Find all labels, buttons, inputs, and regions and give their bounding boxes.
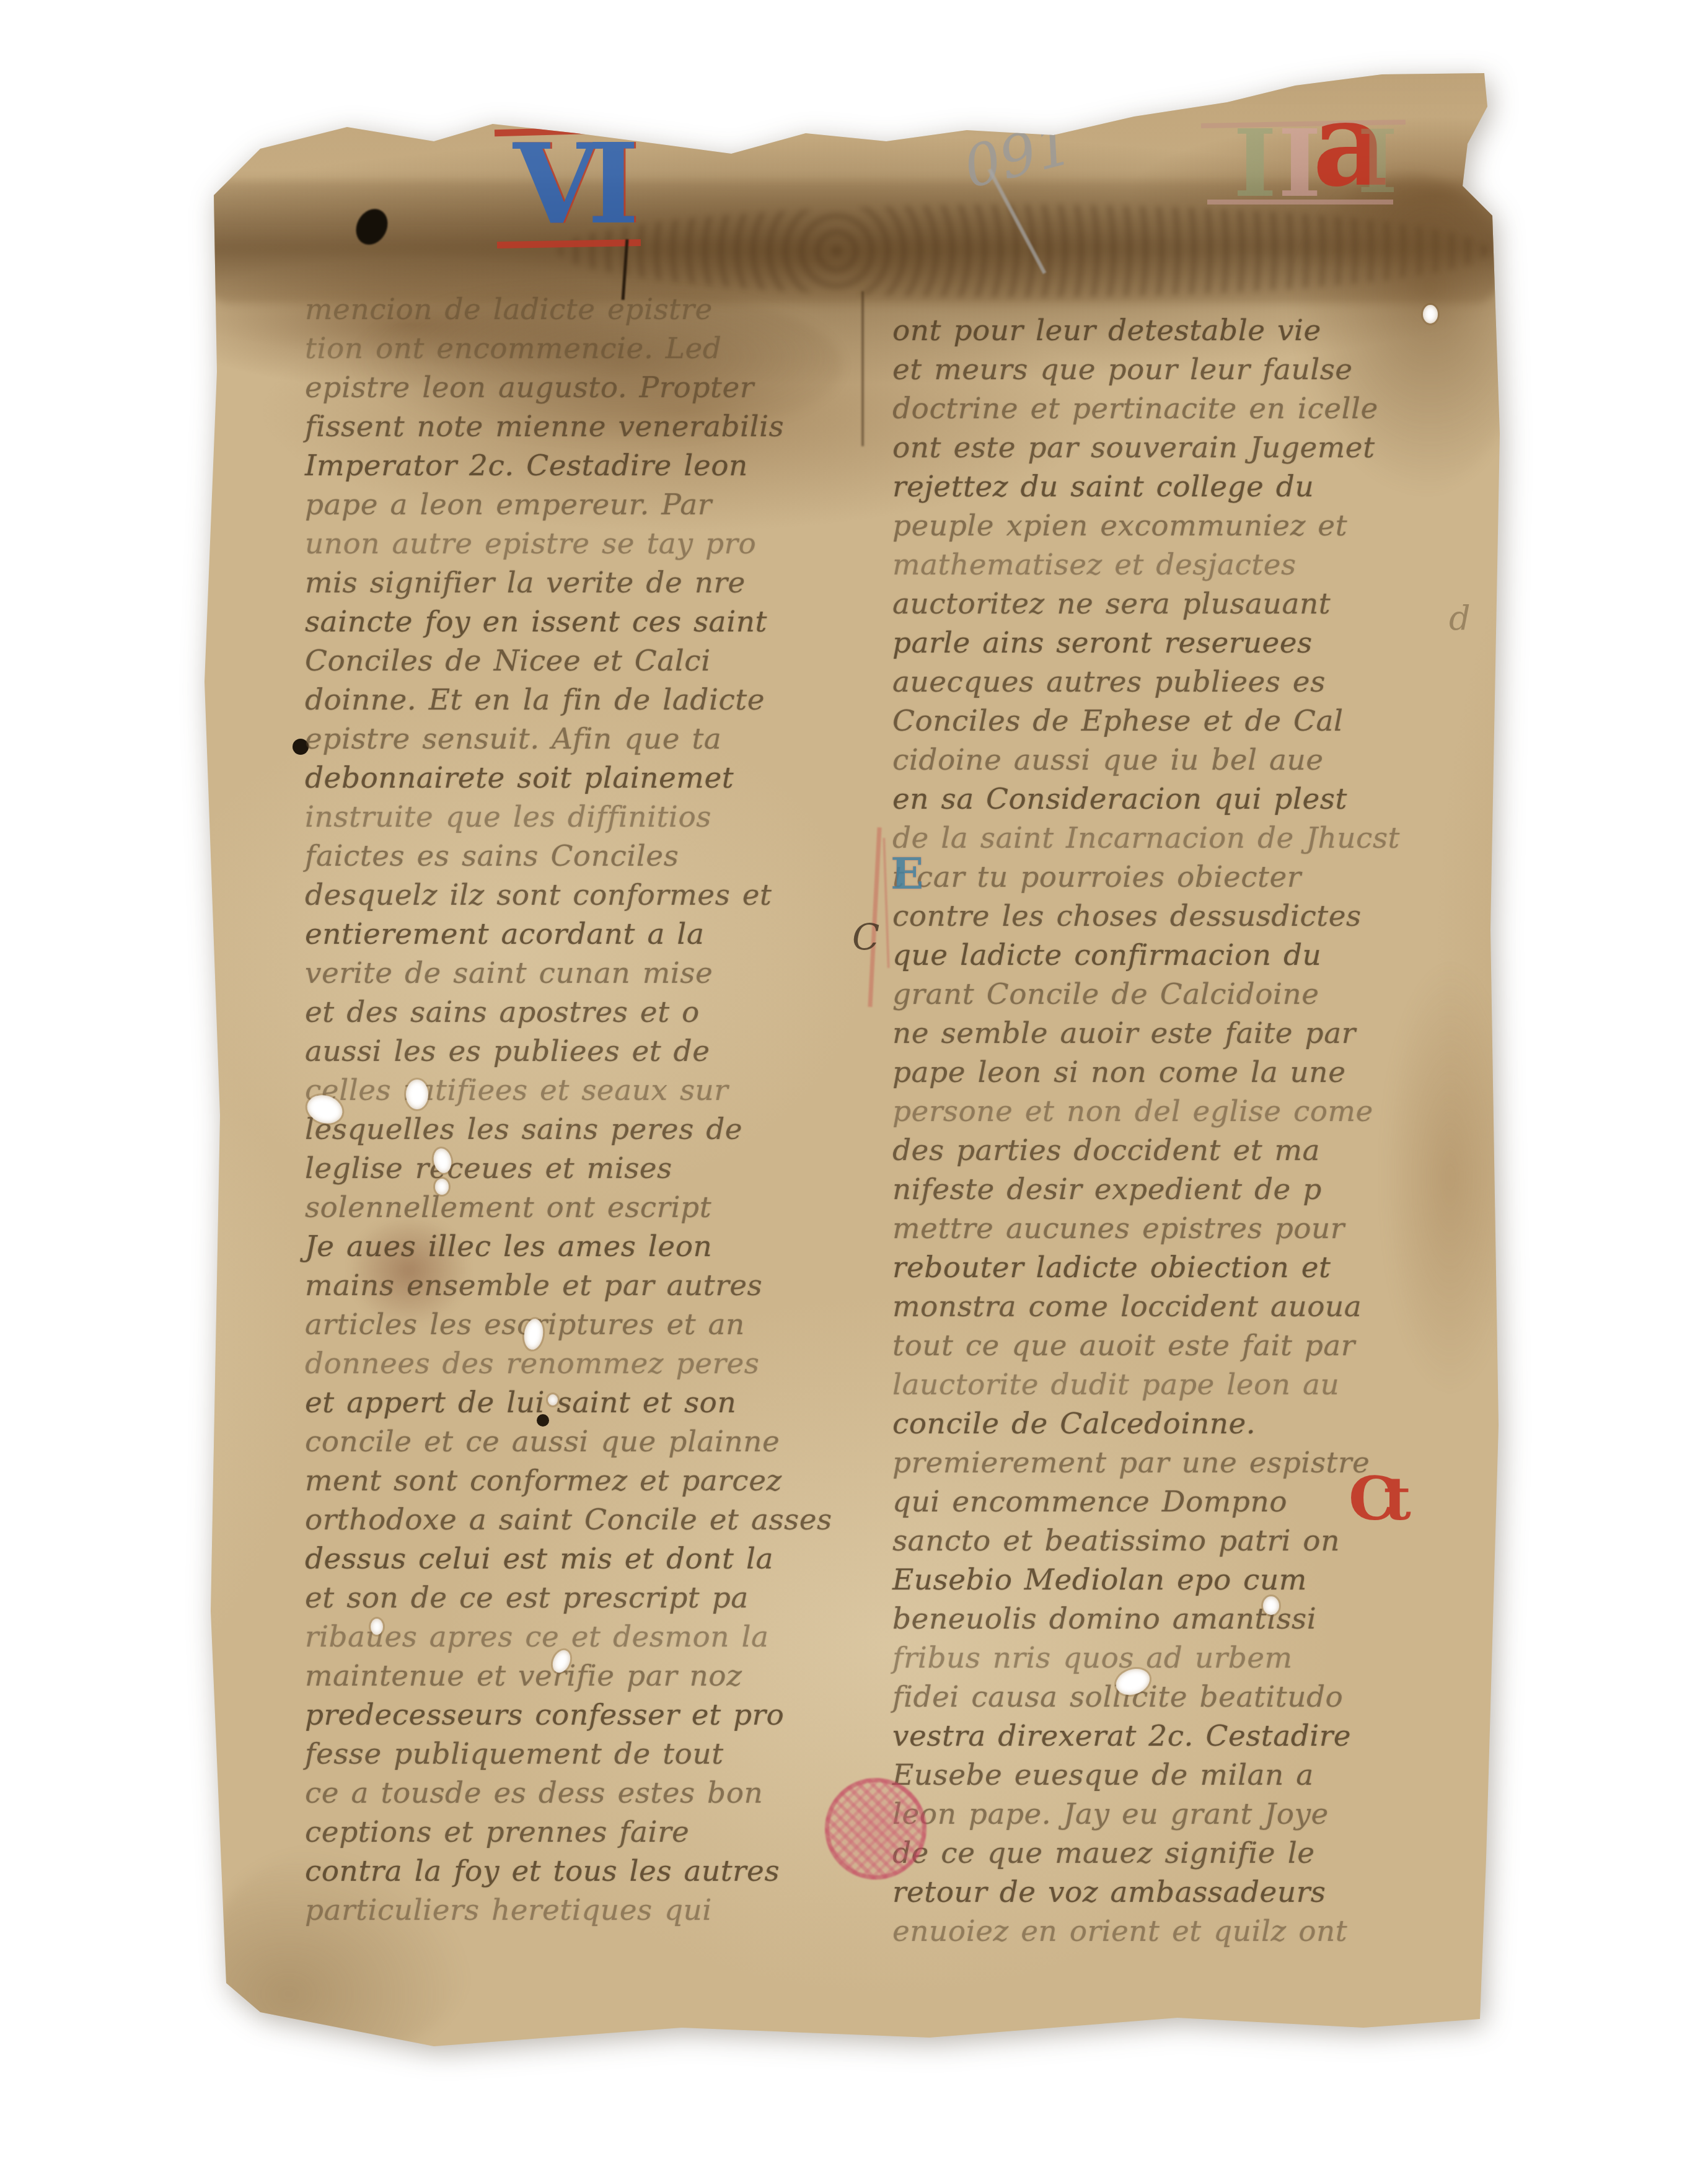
manuscript-text-line: fesse publiquement de tout — [305, 1735, 863, 1774]
manuscript-text-line: Eusebe euesque de milan a — [892, 1756, 1450, 1795]
manuscript-text-line: pape leon si non come la une — [892, 1053, 1450, 1092]
manuscript-text-line: instruite que les diffinitios — [305, 798, 863, 837]
manuscript-text-line: de ce que mauez signifie le — [892, 1834, 1450, 1873]
manuscript-text-line: fissent note mienne venerabilis — [305, 407, 863, 446]
manuscript-text-line: rejettez du saint college du — [892, 467, 1450, 506]
manuscript-text-line: Conciles de Ephese et de Cal — [892, 702, 1450, 741]
round-library-stamp — [825, 1778, 927, 1880]
manuscript-text-line: desquelz ilz sont conformes et — [305, 876, 863, 915]
top-right-numeral-bottom-bar — [1207, 200, 1393, 205]
manuscript-text-line: leon pape. Jay eu grant Joye — [892, 1795, 1450, 1834]
manuscript-text-line: donnees des renommez peres — [305, 1344, 863, 1383]
manuscript-text-line: debonnairete soit plainemet — [305, 759, 863, 798]
manuscript-text-line: peuple xpien excommuniez et — [892, 506, 1450, 545]
manuscript-text-line: et des sains apostres et o — [305, 993, 863, 1032]
manuscript-text-line: entierement acordant a la — [305, 915, 863, 954]
manuscript-text-line: epistre sensuit. Afin que ta — [305, 719, 863, 759]
manuscript-text-line: pape a leon empereur. Par — [305, 485, 863, 524]
manuscript-text-line: doinne. Et en la fin de ladicte — [305, 680, 863, 719]
manuscript-text-line: ceptions et prennes faire — [305, 1813, 863, 1852]
manuscript-text-line: et son de ce est prescript pa — [305, 1578, 863, 1617]
manuscript-text-line: mathematisez et desjactes — [892, 545, 1450, 584]
manuscript-text-line: concile et ce aussi que plainne — [305, 1422, 863, 1461]
manuscript-text-line: articles les escriptures et an — [305, 1305, 863, 1344]
manuscript-text-line: tion ont encommencie. Led — [305, 329, 863, 368]
manuscript-text-line: lauctorite dudit pape leon au — [892, 1365, 1450, 1404]
parchment-sheet: VI 091 I I a I mencion de ladicte epistr… — [0, 0, 1708, 2164]
manuscript-text-line: mettre aucunes epistres pour — [892, 1209, 1450, 1248]
parchment-hole — [371, 1619, 383, 1635]
manuscript-text-line: auecques autres publiees es — [892, 662, 1450, 702]
manuscript-text-line: Je aues illec les ames leon — [305, 1227, 863, 1266]
manuscript-text-line: ont pour leur detestable vie — [892, 311, 1450, 350]
manuscript-text-line: enuoiez en orient et quilz ont — [892, 1912, 1450, 1951]
manuscript-text-line: unon autre epistre se tay pro — [305, 524, 863, 563]
manuscript-text-line: epistre leon augusto. Propter — [305, 368, 863, 407]
parchment-hole — [406, 1080, 428, 1109]
top-stain-mottle — [558, 205, 1487, 297]
red-paragraph-mark: Ct — [1349, 1464, 1399, 1534]
manuscript-text-line: ne semble auoir este faite par — [892, 1014, 1450, 1053]
manuscript-text-line: persone et non del eglise come — [892, 1092, 1450, 1131]
manuscript-text-line: contra la foy et tous les autres — [305, 1852, 863, 1891]
manuscript-column-right: ont pour leur detestable vieet meurs que… — [892, 311, 1450, 1951]
manuscript-text-line: rebouter ladicte obiection et — [892, 1248, 1450, 1287]
manuscript-text-line: celles ratifiees et seaux sur — [305, 1071, 863, 1110]
right-margin-pen-mark: d — [1449, 599, 1471, 638]
manuscript-text-line: Imperator 2c. Cestadire leon — [305, 446, 863, 485]
manuscript-text-line: mains ensemble et par autres — [305, 1266, 863, 1305]
manuscript-text-line: nifeste desir expedient de p — [892, 1170, 1450, 1209]
manuscript-text-line: ribaues apres ce et desmon la — [305, 1617, 863, 1656]
parchment-hole — [435, 1179, 449, 1195]
manuscript-text-line: fribus nris quos ad urbem — [892, 1638, 1450, 1678]
manuscript-text-line: monstra come loccident auoua — [892, 1287, 1450, 1326]
manuscript-text-line: tout ce que auoit este fait par — [892, 1326, 1450, 1365]
manuscript-text-line: faictes es sains Conciles — [305, 837, 863, 876]
manuscript-column-left: mencion de ladicte epistretion ont encom… — [305, 290, 863, 1930]
parchment-hole — [1423, 305, 1438, 323]
manuscript-text-line: en sa Consideracion qui plest — [892, 780, 1450, 819]
manuscript-text-line: verite de saint cunan mise — [305, 954, 863, 993]
manuscript-text-line: contre les choses dessusdictes — [892, 897, 1450, 936]
manuscript-text-line: ce a tousde es dess estes bon — [305, 1774, 863, 1813]
manuscript-text-line: auctoritez ne sera plusauant — [892, 584, 1450, 623]
parchment-hole — [548, 1394, 558, 1405]
manuscript-text-line: maintenue et verifie par noz — [305, 1656, 863, 1696]
crack-top-center — [657, 90, 659, 130]
manuscript-text-line: que ladicte confirmacion du — [892, 936, 1450, 975]
manuscript-text-line: saincte foy en issent ces saint — [305, 602, 863, 641]
manuscript-text-line: grant Concile de Calcidoine — [892, 975, 1450, 1014]
manuscript-text-line: leglise receues et mises — [305, 1149, 863, 1188]
manuscript-text-line: aussi les es publiees et de — [305, 1032, 863, 1071]
manuscript-text-line: beneuolis domino amantissi — [892, 1599, 1450, 1638]
penwork-flourish-short — [883, 838, 889, 968]
manuscript-text-line: solennellement ont escript — [305, 1188, 863, 1227]
parchment-sheet-wrapper: VI 091 I I a I mencion de ladicte epistr… — [0, 0, 1708, 2164]
manuscript-text-line: concile de Calcedoinne. — [892, 1404, 1450, 1443]
manuscript-text-line: particuliers heretiques qui — [305, 1891, 863, 1930]
manuscript-text-line: des parties doccident et ma — [892, 1131, 1450, 1170]
manuscript-text-line: orthodoxe a saint Concile et asses — [305, 1500, 863, 1539]
manuscript-text-line: et meurs que pour leur faulse — [892, 350, 1450, 389]
decorated-initial-e: E — [891, 848, 923, 899]
manuscript-text-line: retour de voz ambassadeurs — [892, 1873, 1450, 1912]
manuscript-text-line: et appert de lui saint et son — [305, 1383, 863, 1422]
manuscript-text-line: Conciles de Nicee et Calci — [305, 641, 863, 680]
manuscript-text-line: t car tu pourroies obiecter — [892, 858, 1450, 897]
scanned-manuscript-page: { "page": { "description_labels": { "top… — [0, 0, 1708, 2164]
manuscript-text-line: mis signifier la verite de nre — [305, 563, 863, 602]
manuscript-text-line: vestra direxerat 2c. Cestadire — [892, 1717, 1450, 1756]
manuscript-text-line: predecesseurs confesser et pro — [305, 1696, 863, 1735]
manuscript-text-line: parle ains seront reseruees — [892, 623, 1450, 662]
manuscript-text-line: doctrine et pertinacite en icelle — [892, 389, 1450, 428]
gutter-pen-mark: C — [852, 916, 879, 958]
manuscript-text-line: de la saint Incarnacion de Jhucst — [892, 819, 1450, 858]
manuscript-text-line: fidei causa sollicite beatitudo — [892, 1678, 1450, 1717]
pencil-folio-number: 091 — [957, 110, 1079, 201]
manuscript-text-line: lesquelles les sains peres de — [305, 1110, 863, 1149]
manuscript-text-line: ont este par souverain Jugemet — [892, 428, 1450, 467]
manuscript-text-line: mencion de ladicte epistre — [305, 290, 863, 329]
manuscript-text-line: dessus celui est mis et dont la — [305, 1539, 863, 1578]
ink-blot-top-left — [350, 203, 394, 250]
manuscript-text-line: cidoine aussi que iu bel aue — [892, 741, 1450, 780]
manuscript-text-line: ment sont conformez et parcez — [305, 1461, 863, 1500]
manuscript-text-line: Eusebio Mediolan epo cum — [892, 1560, 1450, 1599]
folio-numeral-v-blue: VI — [513, 119, 628, 249]
top-right-faded-i-green-2: I — [1357, 112, 1398, 213]
parchment-hole — [1263, 1596, 1279, 1615]
